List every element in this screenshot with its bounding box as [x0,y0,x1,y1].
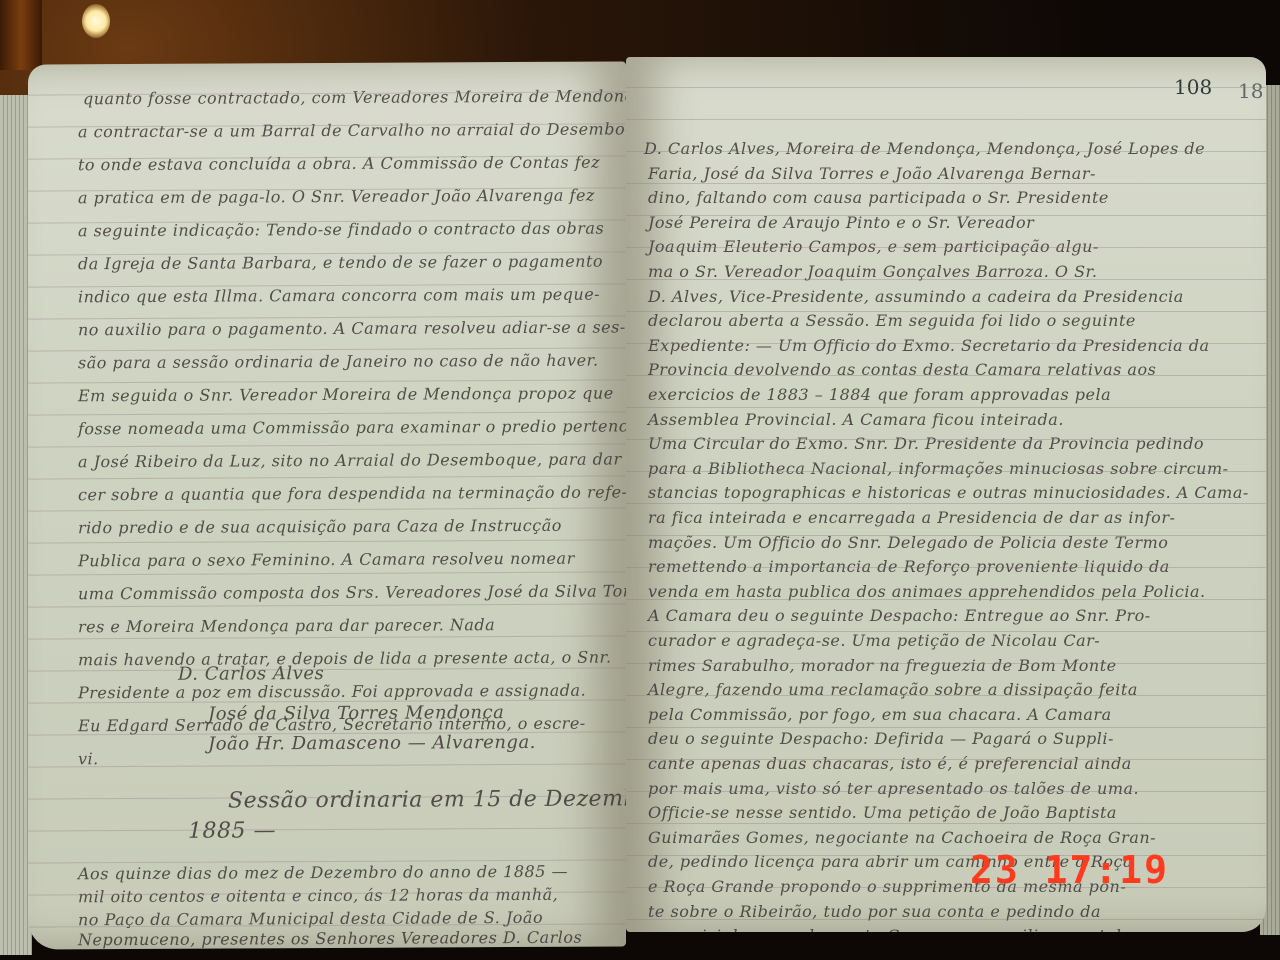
ruled-line [626,791,1266,792]
handwritten-line: pela Commissão, por fogo, em sua chacara… [648,705,1112,724]
handwritten-line: D. Carlos Alves, Moreira de Mendonça, Me… [644,139,1205,158]
camera-timestamp: 23 17:19 [970,848,1169,892]
handwritten-line: deu o seguinte Despacho: Defirida — Paga… [648,729,1114,748]
handwritten-line: Expediente: — Um Officio do Exmo. Secret… [648,336,1210,355]
handwritten-line: por mais uma, visto só ter apresentado o… [648,779,1139,798]
handwritten-line: cante apenas duas chacaras, isto é, é pr… [648,754,1132,773]
ruled-line [626,631,1266,632]
handwritten-line: res e Moreira Mendonça para dar parecer.… [78,615,495,636]
signature: João Hr. Damasceno — Alvarenga. [208,732,536,755]
handwritten-line: uma Commissão composta dos Srs. Vereador… [78,581,626,603]
ruled-line [626,311,1266,312]
ruled-line [626,855,1266,856]
session-heading: Sessão ordinaria em 15 de Dezembro de [228,786,626,813]
ruled-line [626,503,1266,504]
handwritten-line: Uma Circular do Exmo. Snr. Dr. President… [648,434,1204,453]
handwritten-line: são para a sessão ordinaria de Janeiro n… [78,351,599,373]
handwritten-line: quanto fosse contractado, com Vereadores… [83,86,626,108]
handwritten-line: Officie-se nesse sentido. Uma petição de… [648,803,1117,822]
ruled-line [626,471,1266,472]
handwritten-line: Aos quinze dias do mez de Dezembro do an… [78,862,568,884]
handwritten-line: Publica para o sexo Feminino. A Camara r… [78,549,575,571]
ruled-line [28,411,626,415]
handwritten-line: no auxilio para o pagamento. A Camara re… [78,317,626,339]
handwritten-line: Guimarães Gomes, negociante na Cachoeira… [648,828,1156,847]
ruled-line [626,279,1266,280]
ruled-line [626,887,1266,888]
handwritten-line: exercicios de 1883 – 1884 que foram appr… [648,385,1111,404]
ruled-line [626,727,1266,728]
ruled-line [626,407,1266,408]
handwritten-line: A Camara deu o seguinte Despacho: Entreg… [648,606,1151,625]
handwritten-line: ra fica inteirada e encarregada a Presid… [648,508,1175,527]
ruled-line [626,535,1266,536]
handwritten-line: rimes Sarabulho, morador na freguezia de… [648,656,1117,675]
ruled-line [626,247,1266,248]
handwritten-line: Nepomuceno, presentes os Senhores Veread… [78,928,582,950]
ruled-line [28,539,626,543]
handwritten-line: te sobre o Ribeirão, tudo por sua conta … [648,902,1101,921]
handwritten-line: seus vizinhos e pede a esta Camara um au… [648,926,1121,932]
ruled-line [626,823,1266,824]
handwritten-line: Em seguida o Snr. Vereador Moreira de Me… [78,383,614,405]
handwritten-line: cer sobre a quantia que fora despendida … [78,482,626,504]
right-page: 108 18 D. Carlos Alves, Moreira de Mendo… [626,57,1266,932]
ruled-line [28,443,626,447]
ruled-line [626,919,1266,920]
handwritten-line: indico que esta Illma. Camara concorra c… [78,285,600,307]
lamp-light [82,4,110,38]
handwritten-line: Alegre, fazendo uma reclamação sobre a d… [648,680,1138,699]
ruled-line [28,475,626,479]
ruled-line [626,343,1266,344]
ruled-line [28,507,626,511]
handwritten-line: declarou aberta a Sessão. Em seguida foi… [648,311,1136,330]
ruled-line [626,439,1266,440]
handwritten-line: fosse nomeada uma Commissão para examina… [78,416,626,438]
handwritten-line: dino, faltando com causa participada o S… [648,188,1109,207]
ruled-line [626,695,1266,696]
ruled-line [28,827,626,831]
ruled-line [626,151,1266,152]
handwritten-line: venda em hasta publica dos animaes appre… [648,582,1206,601]
signature: D. Carlos Alves [178,663,324,685]
handwritten-line: Faria, José da Silva Torres e João Alvar… [648,164,1096,183]
handwritten-line: Provincia devolvendo as contas desta Cam… [648,360,1156,379]
left-page: quanto fosse contractado, com Vereadores… [28,61,626,949]
ruled-line [626,183,1266,184]
ruled-line [626,567,1266,568]
ruled-line [28,571,626,575]
ruled-line [28,763,626,767]
handwritten-line: mil oito centos e oitenta e cinco, ás 12… [78,885,558,907]
handwritten-line: stancias topographicas e historicas e ou… [648,483,1249,502]
handwritten-line: a José Ribeiro da Luz, sito no Arraial d… [78,449,626,471]
handwritten-line: D. Alves, Vice-Presidente, assumindo a c… [648,287,1184,306]
handwritten-line: rido predio e de sua acquisição para Caz… [78,516,562,538]
ruled-line [626,215,1266,216]
ruled-line [626,375,1266,376]
ruled-line [626,759,1266,760]
ruled-line [626,599,1266,600]
next-page-number: 18 [1238,79,1263,103]
ruled-line [626,663,1266,664]
handwritten-line: curador e agradeça-se. Uma petição de Ni… [648,631,1100,650]
ruled-line [626,87,1266,88]
open-ledger: quanto fosse contractado, com Vereadores… [0,55,1280,960]
session-heading-year: 1885 — [188,818,276,843]
ruled-line [626,119,1266,120]
handwritten-line: Assemblea Provincial. A Camara ficou int… [648,410,1064,429]
ruled-line [28,603,626,607]
handwritten-line: a contractar-se a um Barral de Carvalho … [78,119,626,141]
signature: José da Silva Torres Mendonça [208,702,504,725]
handwritten-line: para a Bibliotheca Nacional, informações… [648,459,1229,478]
handwritten-line: mais havendo a tratar, e depois de lida … [78,648,612,670]
